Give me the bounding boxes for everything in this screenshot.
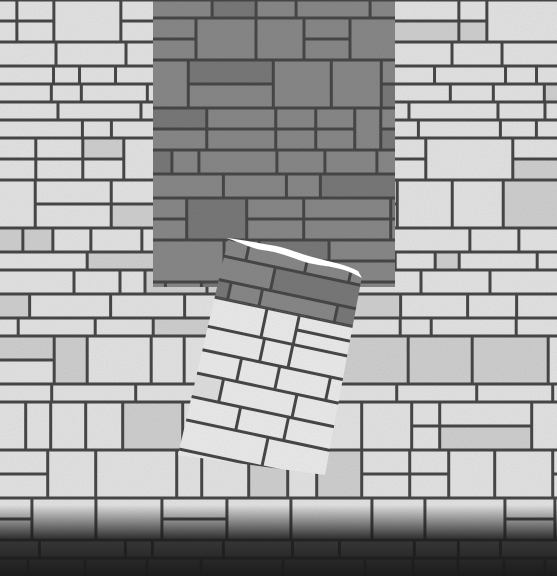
wall-illustration: [0, 0, 557, 576]
dark-stone-window: [125, 0, 436, 299]
stone-wall-photo: [0, 0, 557, 576]
ground-shadow: [0, 505, 557, 576]
